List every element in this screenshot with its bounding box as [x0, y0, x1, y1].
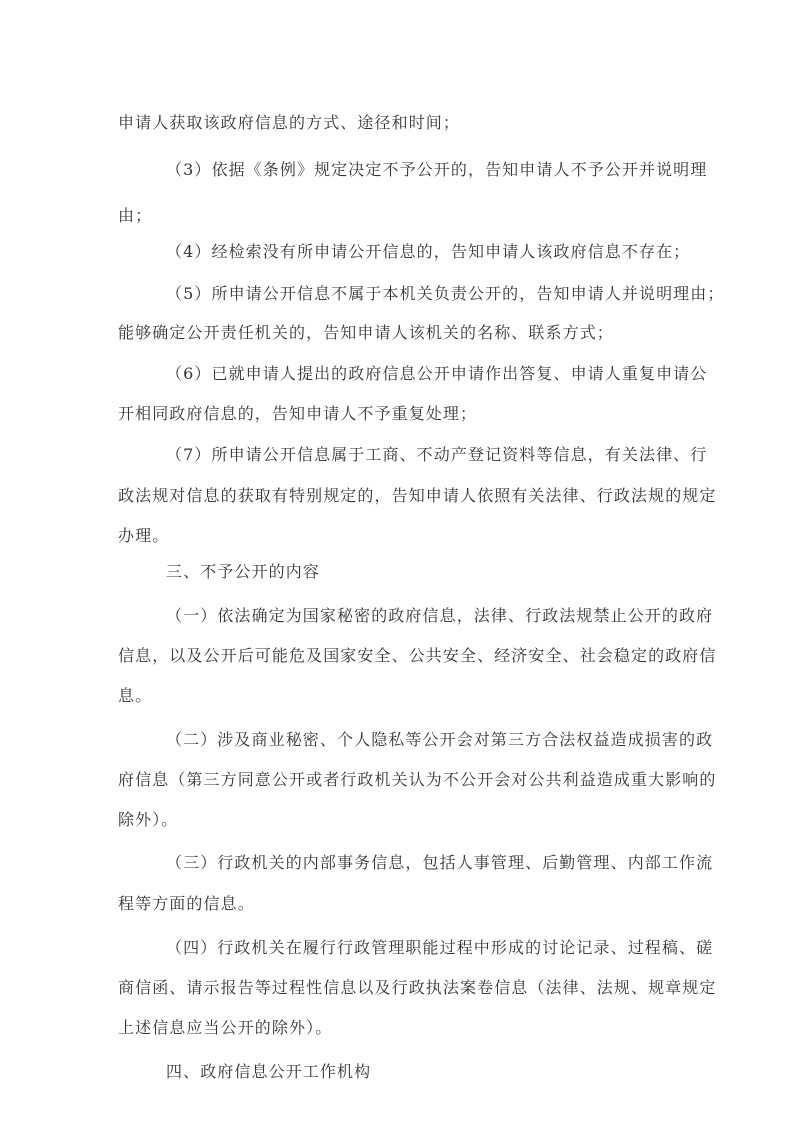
text-line: 能够确定公开责任机关的，告知申请人该机关的名称、联系方式；: [118, 323, 614, 343]
text-line: 办理。: [118, 526, 169, 546]
text-line: （7）所申请公开信息属于工商、不动产登记资料等信息，有关法律、行: [166, 445, 707, 465]
text-line: 申请人获取该政府信息的方式、途径和时间；: [118, 113, 460, 133]
section-heading: 四、政府信息公开工作机构: [166, 1062, 371, 1082]
text-line: （4）经检索没有所申请公开信息的，告知申请人该政府信息不存在；: [166, 242, 690, 262]
text-line: 息。: [118, 686, 152, 706]
text-line: （一）依法确定为国家秘密的政府信息，法律、行政法规禁止公开的政府: [166, 606, 713, 626]
text-line: 程等方面的信息。: [118, 894, 255, 914]
text-line: （3）依据《条例》规定决定不予公开的，告知申请人不予公开并说明理: [166, 160, 707, 180]
text-line: 由；: [118, 206, 152, 226]
text-line: （三）行政机关的内部事务信息，包括人事管理、后勤管理、内部工作流: [166, 853, 713, 873]
text-line: 开相同政府信息的，告知申请人不予重复处理；: [118, 404, 477, 424]
text-line: 信息，以及公开后可能危及国家安全、公共安全、经济安全、社会稳定的政府信: [118, 646, 717, 666]
text-line: （四）行政机关在履行行政管理职能过程中形成的讨论记录、过程稿、磋: [166, 938, 713, 958]
text-line: 府信息（第三方同意公开或者行政机关认为不公开会对公共利益造成重大影响的: [118, 770, 717, 790]
text-line: （二）涉及商业秘密、个人隐私等公开会对第三方合法权益造成损害的政: [166, 730, 713, 750]
text-line: 商信函、请示报告等过程性信息以及行政执法案卷信息（法律、法规、规章规定: [118, 978, 717, 998]
text-line: （5）所申请公开信息不属于本机关负责公开的，告知申请人并说明理由；: [166, 284, 724, 304]
text-line: 除外）。: [118, 810, 178, 830]
section-heading: 三、不予公开的内容: [166, 562, 320, 582]
text-line: 上述信息应当公开的除外）。: [118, 1018, 332, 1038]
text-line: （6）已就申请人提出的政府信息公开申请作出答复、申请人重复申请公: [166, 364, 707, 384]
text-line: 政法规对信息的获取有特别规定的，告知申请人依照有关法律、行政法规的规定: [118, 486, 717, 506]
